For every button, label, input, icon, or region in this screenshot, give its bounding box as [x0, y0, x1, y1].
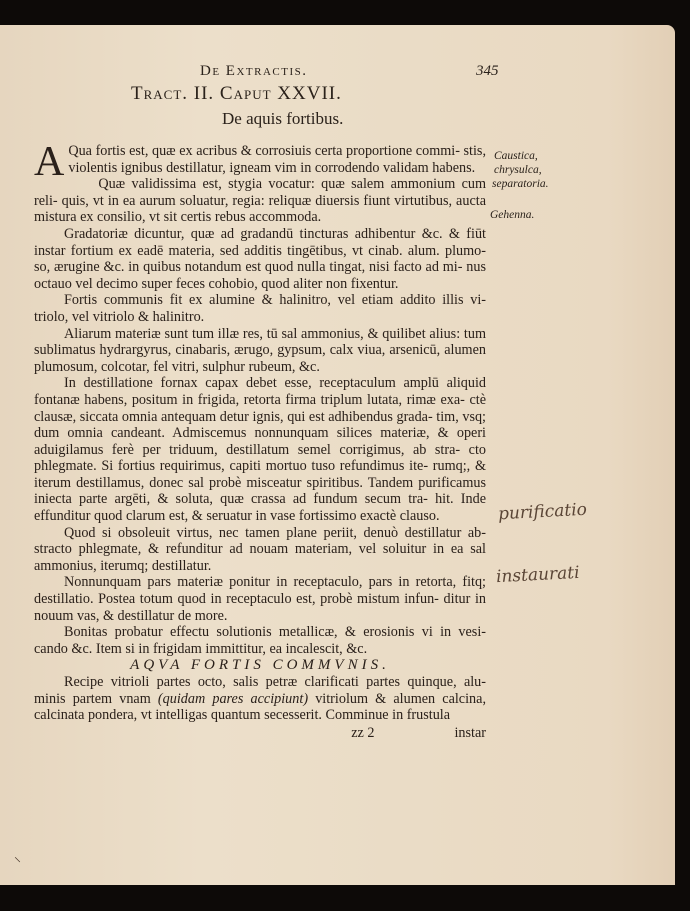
ink-mark: ⸌ — [14, 853, 21, 872]
catchword: instar — [454, 725, 486, 742]
drop-cap: A — [34, 145, 64, 179]
paragraph: Nonnunquam pars materiæ ponitur in recep… — [34, 574, 486, 624]
subheading: AQVA FORTIS COMMVNIS. — [34, 657, 486, 674]
margin-note: separatoria. — [492, 178, 549, 191]
signature-mark: zz 2 — [351, 725, 374, 742]
paragraph: Gradatoriæ dicuntur, quæ ad gradandū tin… — [34, 226, 486, 292]
paragraph: Aliarum materiæ sunt tum illæ res, tū sa… — [34, 326, 486, 376]
paragraph: A Qua fortis est, quæ ex acribus & corro… — [34, 143, 486, 176]
paragraph: Fortis communis fit ex alumine & halinit… — [34, 292, 486, 325]
page-number: 345 — [476, 63, 499, 80]
paragraph: Bonitas probatur effectu solutionis meta… — [34, 624, 486, 657]
recipe-paragraph: Recipe vitrioli partes octo, salis petræ… — [34, 674, 486, 724]
handwritten-annotation: purificatio — [498, 500, 588, 525]
recipe-italic-note: (quidam pares accipiunt) — [158, 691, 308, 707]
footer-line: zz 2 instar — [34, 725, 486, 742]
margin-note: Gehenna. — [490, 209, 534, 222]
margin-note: Caustica, — [494, 150, 538, 163]
paragraph: Quæ validissima est, stygia vocatur: quæ… — [34, 176, 486, 226]
handwritten-annotation: instaurati — [496, 563, 580, 587]
paragraph: In destillatione fornax capax debet esse… — [34, 375, 486, 524]
book-page: De Extractis. 345 Tract. II. Caput XXVII… — [0, 25, 675, 885]
margin-note: chrysulca, — [494, 164, 542, 177]
body-text: A Qua fortis est, quæ ex acribus & corro… — [34, 143, 486, 741]
paragraph: Quod si obsoleuit virtus, nec tamen plan… — [34, 525, 486, 575]
section-title: De aquis fortibus. — [222, 109, 343, 129]
chapter-title: Tract. II. Caput XXVII. — [131, 83, 342, 105]
running-head: De Extractis. — [200, 63, 308, 80]
